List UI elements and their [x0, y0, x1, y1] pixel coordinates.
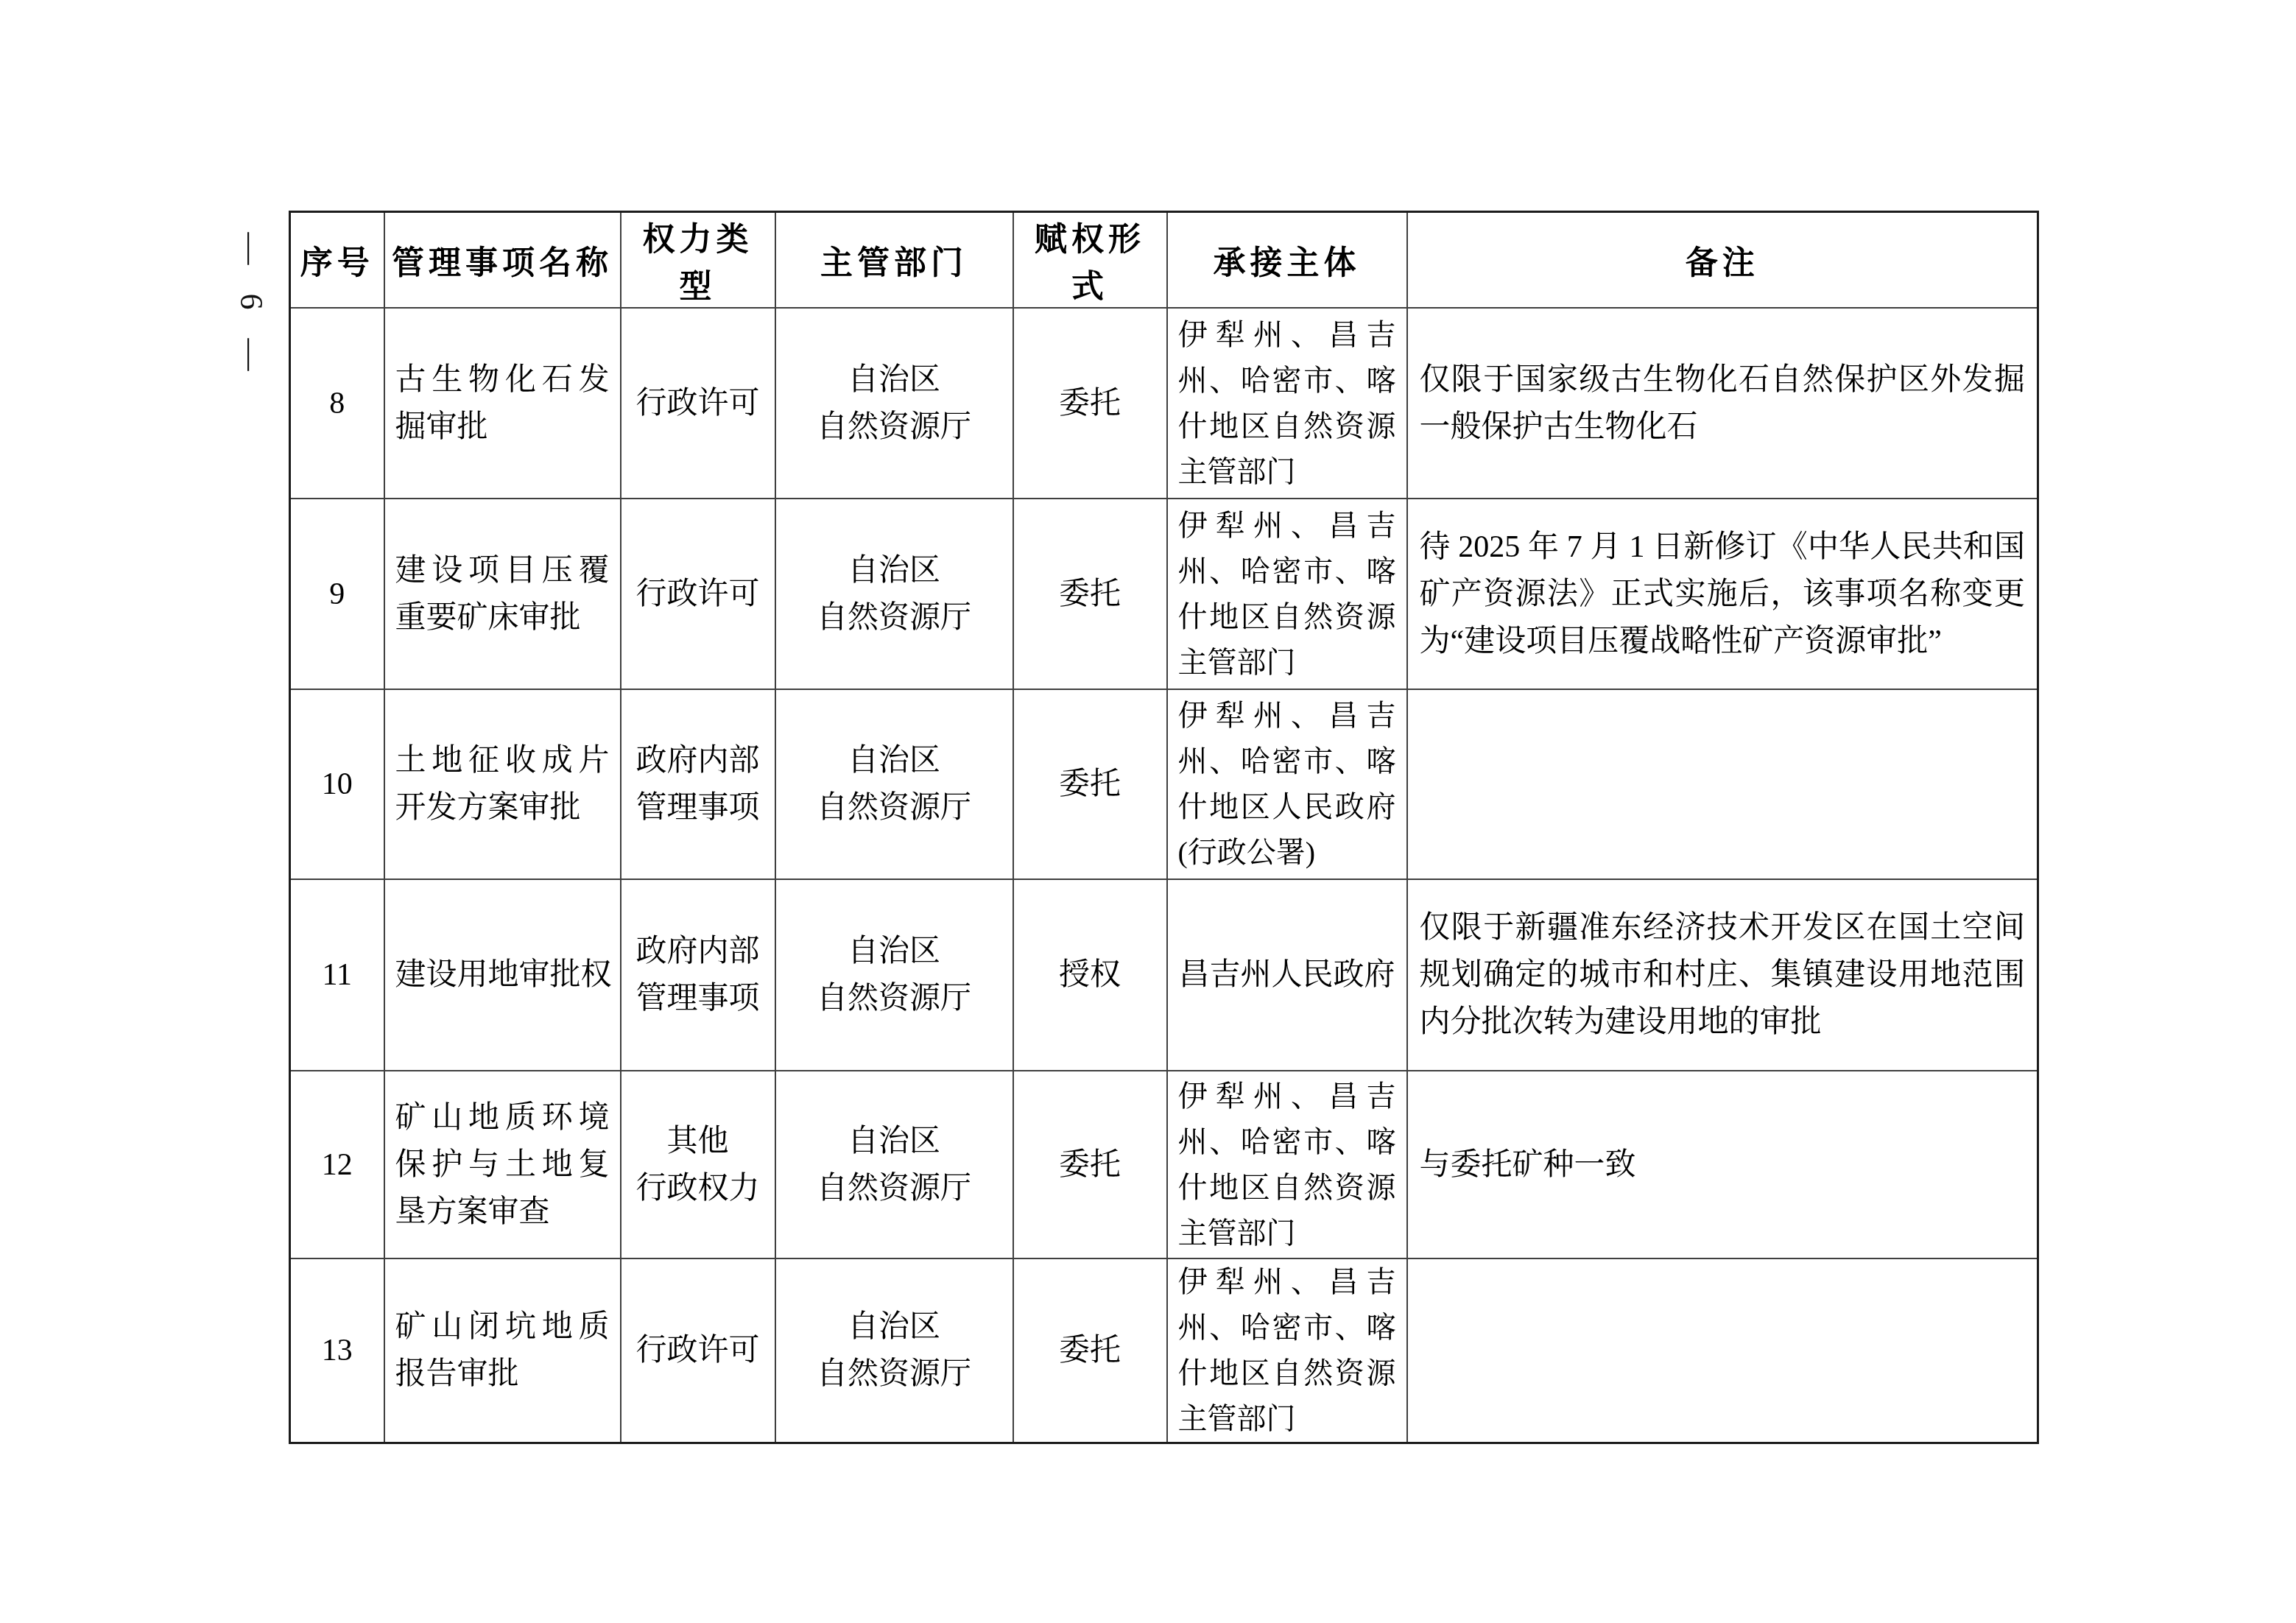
cell-remark: 仅限于国家级古生物化石自然保护区外发掘一般保护古生物化石 [1407, 308, 2038, 499]
header-item-name: 管理事项名称 [384, 212, 621, 309]
table-row: 8 古生物化石发掘审批 行政许可 自治区 自然资源厅 委托 伊犁州、昌吉州、哈密… [290, 308, 2038, 499]
header-serial: 序号 [290, 212, 384, 309]
cell-power-type: 政府内部 管理事项 [621, 689, 775, 879]
cell-empowerment-form: 委托 [1013, 1258, 1167, 1443]
cell-serial: 8 [290, 308, 384, 499]
cell-item-name: 矿山闭坑地质报告审批 [384, 1258, 621, 1443]
cell-undertaker: 伊犁州、昌吉州、哈密市、喀什地区自然资源主管部门 [1167, 1258, 1407, 1443]
cell-empowerment-form: 委托 [1013, 1071, 1167, 1258]
table-row: 11 建设用地审批权 政府内部 管理事项 自治区 自然资源厅 授权 昌吉州人民政… [290, 879, 2038, 1071]
cell-serial: 11 [290, 879, 384, 1071]
cell-item-name: 古生物化石发掘审批 [384, 308, 621, 499]
delegation-table-container: 序号 管理事项名称 权力类型 主管部门 赋权形式 承接主体 备注 8 古生物化石… [289, 211, 2039, 1444]
cell-item-name: 建设用地审批权 [384, 879, 621, 1071]
cell-department: 自治区 自然资源厅 [775, 1258, 1013, 1443]
table-row: 13 矿山闭坑地质报告审批 行政许可 自治区 自然资源厅 委托 伊犁州、昌吉州、… [290, 1258, 2038, 1443]
side-page-number-label: — 6 — [233, 232, 270, 381]
cell-item-name: 建设项目压覆重要矿床审批 [384, 499, 621, 689]
header-power-type: 权力类型 [621, 212, 775, 309]
table-row: 9 建设项目压覆重要矿床审批 行政许可 自治区 自然资源厅 委托 伊犁州、昌吉州… [290, 499, 2038, 689]
document-page: — 6 — 序号 管理事项名称 权力类型 主管部门 赋权形式 承接主体 [0, 0, 2296, 1623]
cell-remark [1407, 1258, 2038, 1443]
cell-empowerment-form: 委托 [1013, 689, 1167, 879]
cell-department: 自治区 自然资源厅 [775, 499, 1013, 689]
header-undertaker: 承接主体 [1167, 212, 1407, 309]
cell-empowerment-form: 授权 [1013, 879, 1167, 1071]
cell-department: 自治区 自然资源厅 [775, 689, 1013, 879]
cell-power-type: 其他 行政权力 [621, 1071, 775, 1258]
table-row: 10 土地征收成片开发方案审批 政府内部 管理事项 自治区 自然资源厅 委托 伊… [290, 689, 2038, 879]
cell-power-type: 政府内部 管理事项 [621, 879, 775, 1071]
cell-remark: 仅限于新疆准东经济技术开发区在国土空间规划确定的城市和村庄、集镇建设用地范围内分… [1407, 879, 2038, 1071]
delegation-table: 序号 管理事项名称 权力类型 主管部门 赋权形式 承接主体 备注 8 古生物化石… [289, 211, 2039, 1444]
cell-department: 自治区 自然资源厅 [775, 879, 1013, 1071]
table-header-row: 序号 管理事项名称 权力类型 主管部门 赋权形式 承接主体 备注 [290, 212, 2038, 309]
cell-empowerment-form: 委托 [1013, 499, 1167, 689]
cell-undertaker: 伊犁州、昌吉州、哈密市、喀什地区自然资源主管部门 [1167, 499, 1407, 689]
cell-department: 自治区 自然资源厅 [775, 308, 1013, 499]
cell-department: 自治区 自然资源厅 [775, 1071, 1013, 1258]
header-remark: 备注 [1407, 212, 2038, 309]
cell-item-name: 土地征收成片开发方案审批 [384, 689, 621, 879]
cell-power-type: 行政许可 [621, 499, 775, 689]
cell-item-name: 矿山地质环境保护与土地复垦方案审查 [384, 1071, 621, 1258]
cell-undertaker: 昌吉州人民政府 [1167, 879, 1407, 1071]
table-row: 12 矿山地质环境保护与土地复垦方案审查 其他 行政权力 自治区 自然资源厅 委… [290, 1071, 2038, 1258]
cell-serial: 9 [290, 499, 384, 689]
cell-remark [1407, 689, 2038, 879]
cell-remark: 与委托矿种一致 [1407, 1071, 2038, 1258]
cell-undertaker: 伊犁州、昌吉州、哈密市、喀什地区自然资源主管部门 [1167, 1071, 1407, 1258]
cell-power-type: 行政许可 [621, 308, 775, 499]
cell-power-type: 行政许可 [621, 1258, 775, 1443]
cell-remark: 待 2025 年 7 月 1 日新修订《中华人民共和国矿产资源法》正式实施后，该… [1407, 499, 2038, 689]
cell-serial: 13 [290, 1258, 384, 1443]
cell-serial: 12 [290, 1071, 384, 1258]
cell-empowerment-form: 委托 [1013, 308, 1167, 499]
header-department: 主管部门 [775, 212, 1013, 309]
cell-undertaker: 伊犁州、昌吉州、哈密市、喀什地区人民政府(行政公署) [1167, 689, 1407, 879]
cell-undertaker: 伊犁州、昌吉州、哈密市、喀什地区自然资源主管部门 [1167, 308, 1407, 499]
cell-serial: 10 [290, 689, 384, 879]
header-empowerment-form: 赋权形式 [1013, 212, 1167, 309]
